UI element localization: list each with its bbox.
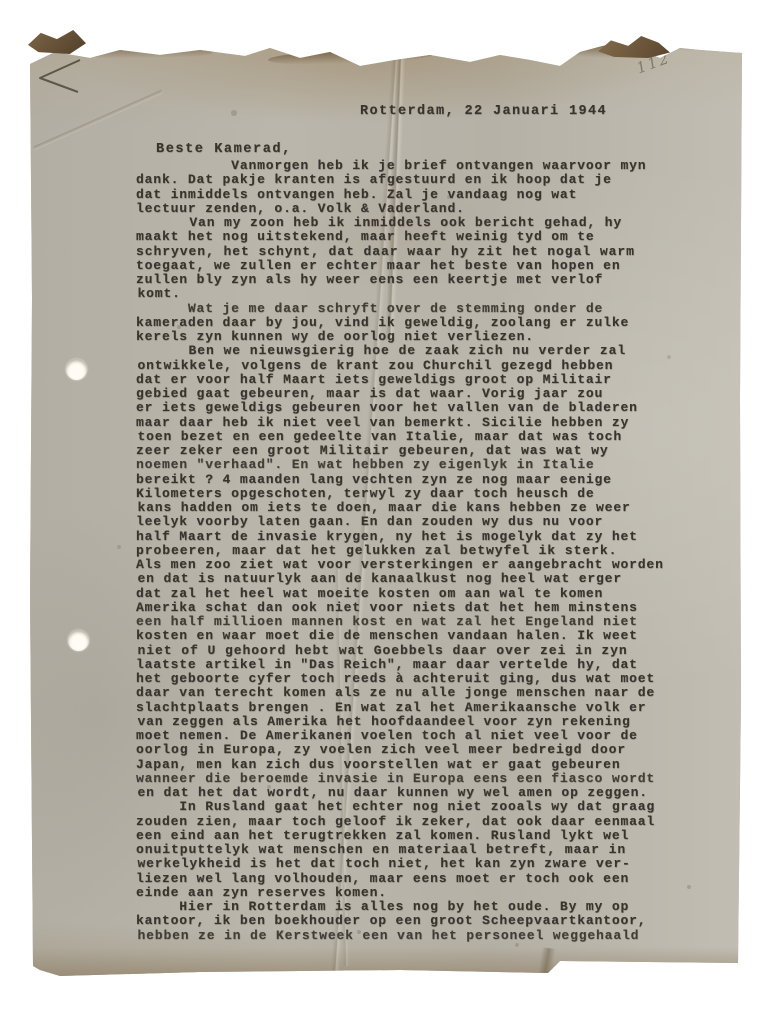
- letter-line: niet of U gehoord hebt wat Goebbels daar…: [138, 644, 666, 658]
- letter-line: onuitputtelyk wat menschen en materiaal …: [136, 843, 664, 857]
- paper-fold: [672, 41, 736, 51]
- letter-line: kantoor, ik ben boekhouder op een groot …: [136, 914, 664, 928]
- scan-background: 112 Rotterdam, 22 Januari 1944 Beste Kam…: [0, 0, 768, 1024]
- letter-line: van zeggen als Amerika het hoofdaandeel …: [138, 715, 666, 729]
- letter-line: dat er voor half Maart iets geweldigs gr…: [136, 373, 664, 387]
- punch-hole-bottom: [68, 630, 89, 651]
- letter-line: maar daar heb ik niet veel van bemerkt. …: [136, 416, 664, 430]
- letter-line: kerels zyn kunnen wy de oorlog niet verl…: [136, 330, 664, 344]
- letter-line: en dat is natuurlyk aan de kanaalkust no…: [138, 572, 666, 586]
- letter-line: laatste artikel in "Das Reich", maar daa…: [136, 658, 664, 672]
- letter-line: einde aan zyn reserves komen.: [136, 886, 664, 900]
- letter-line: werkelykheid is het dat toch niet, het k…: [138, 857, 666, 871]
- letter-line: lectuur zenden, o.a. Volk & Vaderland.: [136, 202, 664, 216]
- letter-line: toen bezet en een gedeelte van Italie, m…: [138, 430, 666, 444]
- diagonal-crease: [33, 90, 163, 151]
- letter-line: dat zal het heel wat moeite kosten om aa…: [136, 587, 664, 601]
- letter-line: Kilometers opgeschoten, terwyl zy daar t…: [136, 487, 664, 501]
- letter-line: leelyk voorby laten gaan. En dan zouden …: [136, 515, 664, 529]
- torn-paper-fragment-left: [28, 30, 86, 54]
- torn-paper-fragment-right: [598, 36, 670, 58]
- letter-line: en dat het dat wordt, nu daar kunnen wy …: [138, 786, 666, 800]
- letter-line: bereikt ? 4 maanden lang vechten zyn ze …: [136, 473, 664, 487]
- letter-line: half Maart de invasie krygen, ny het is …: [136, 530, 664, 544]
- letter-line: een half millioen mannen kost en wat zal…: [136, 615, 664, 629]
- letter-line: komt.: [138, 287, 666, 301]
- letter-line: het geboorte cyfer toch reeds à achterui…: [136, 672, 664, 686]
- letter-line: kans hadden om iets te doen, maar die ka…: [138, 501, 666, 515]
- letter-line: moet nemen. De Amerikanen voelen toch al…: [136, 729, 664, 743]
- letter-line: zouden zien, maar toch geloof ik zeker, …: [136, 815, 664, 829]
- letter-line: er iets geweldigs gebeuren voor het vall…: [136, 401, 664, 415]
- letter-line: probeeren, maar dat het gelukken zal bet…: [136, 544, 664, 558]
- letter-line: toegaat, we zullen er echter maar het be…: [136, 259, 664, 273]
- paper-bottom-crease: [538, 947, 556, 975]
- letter-line: maakt het nog uitstekend, maar heeft wei…: [136, 230, 664, 244]
- letter-line: kosten en waar moet die de menschen vand…: [136, 629, 664, 643]
- letter-line: zeer zeker een groot Militair gebeuren, …: [136, 444, 664, 458]
- paper-fold: [88, 48, 213, 59]
- letter-line: Vanmorgen heb ik je brief ontvangen waar…: [136, 159, 664, 173]
- letter-body: Vanmorgen heb ik je brief ontvangen waar…: [136, 159, 664, 943]
- letter-line: Amerika schat dan ook niet voor niets da…: [136, 601, 664, 615]
- letter-line: zullen bly zyn als hy weer eens een keer…: [136, 273, 664, 287]
- letter-line: oorlog in Europa, zy voelen zich veel me…: [136, 743, 664, 757]
- letter-line: Van my zoon heb ik inmiddels ook bericht…: [138, 216, 666, 230]
- corner-pencil-mark-icon: [36, 58, 86, 96]
- letter-page: 112 Rotterdam, 22 Januari 1944 Beste Kam…: [28, 26, 744, 980]
- letter-line: ontwikkele, volgens de krant zou Churchi…: [138, 359, 666, 373]
- letter-line: gebied gaat gebeuren, maar is dat waar. …: [136, 387, 664, 401]
- letter-line: kameraden daar by jou, vind ik geweldig,…: [136, 316, 664, 330]
- letter-line: dat inmiddels ontvangen heb. Zal je vand…: [136, 188, 664, 202]
- letter-line: Japan, men kan zich dus voorstellen wat …: [136, 758, 664, 772]
- letter-line: slachtplaats brengen . En wat zal het Am…: [136, 701, 664, 715]
- letter-line: In Rusland gaat het echter nog niet zooa…: [136, 800, 664, 814]
- letter-line: een eind aan het terugtrekken zal komen.…: [136, 829, 664, 843]
- letter-line: Ben we nieuwsgierig hoe de zaak zich nu …: [136, 344, 664, 358]
- paper-bottom-shade: [28, 948, 744, 978]
- letter-dateline: Rotterdam, 22 Januari 1944: [360, 104, 607, 119]
- paper-fold: [268, 48, 433, 66]
- letter-line: Hier in Rotterdam is alles nog by het ou…: [136, 900, 664, 914]
- letter-line: schryven, het schynt, dat daar waar hy z…: [136, 245, 664, 259]
- letter-line: liezen wel lang volhouden, maar eens moe…: [136, 872, 664, 886]
- letter-line: wanneer die beroemde invasie in Europa e…: [136, 772, 664, 786]
- letter-line: daar van terecht komen als ze nu alle jo…: [136, 686, 664, 700]
- letter-salutation: Beste Kamerad,: [156, 142, 292, 157]
- letter-line: Als men zoo ziet wat voor versterkingen …: [136, 558, 664, 572]
- letter-line: dank. Dat pakje kranten is afgestuurd en…: [136, 173, 664, 187]
- punch-hole-top: [66, 359, 87, 380]
- letter-line: noemen "verhaad". En wat hebben zy eigen…: [136, 458, 664, 472]
- letter-line: hebben ze in de Kerstweek een van het pe…: [138, 929, 666, 943]
- letter-line: Wat je me daar schryft over de stemming …: [136, 302, 664, 316]
- paper-specks: [28, 26, 30, 28]
